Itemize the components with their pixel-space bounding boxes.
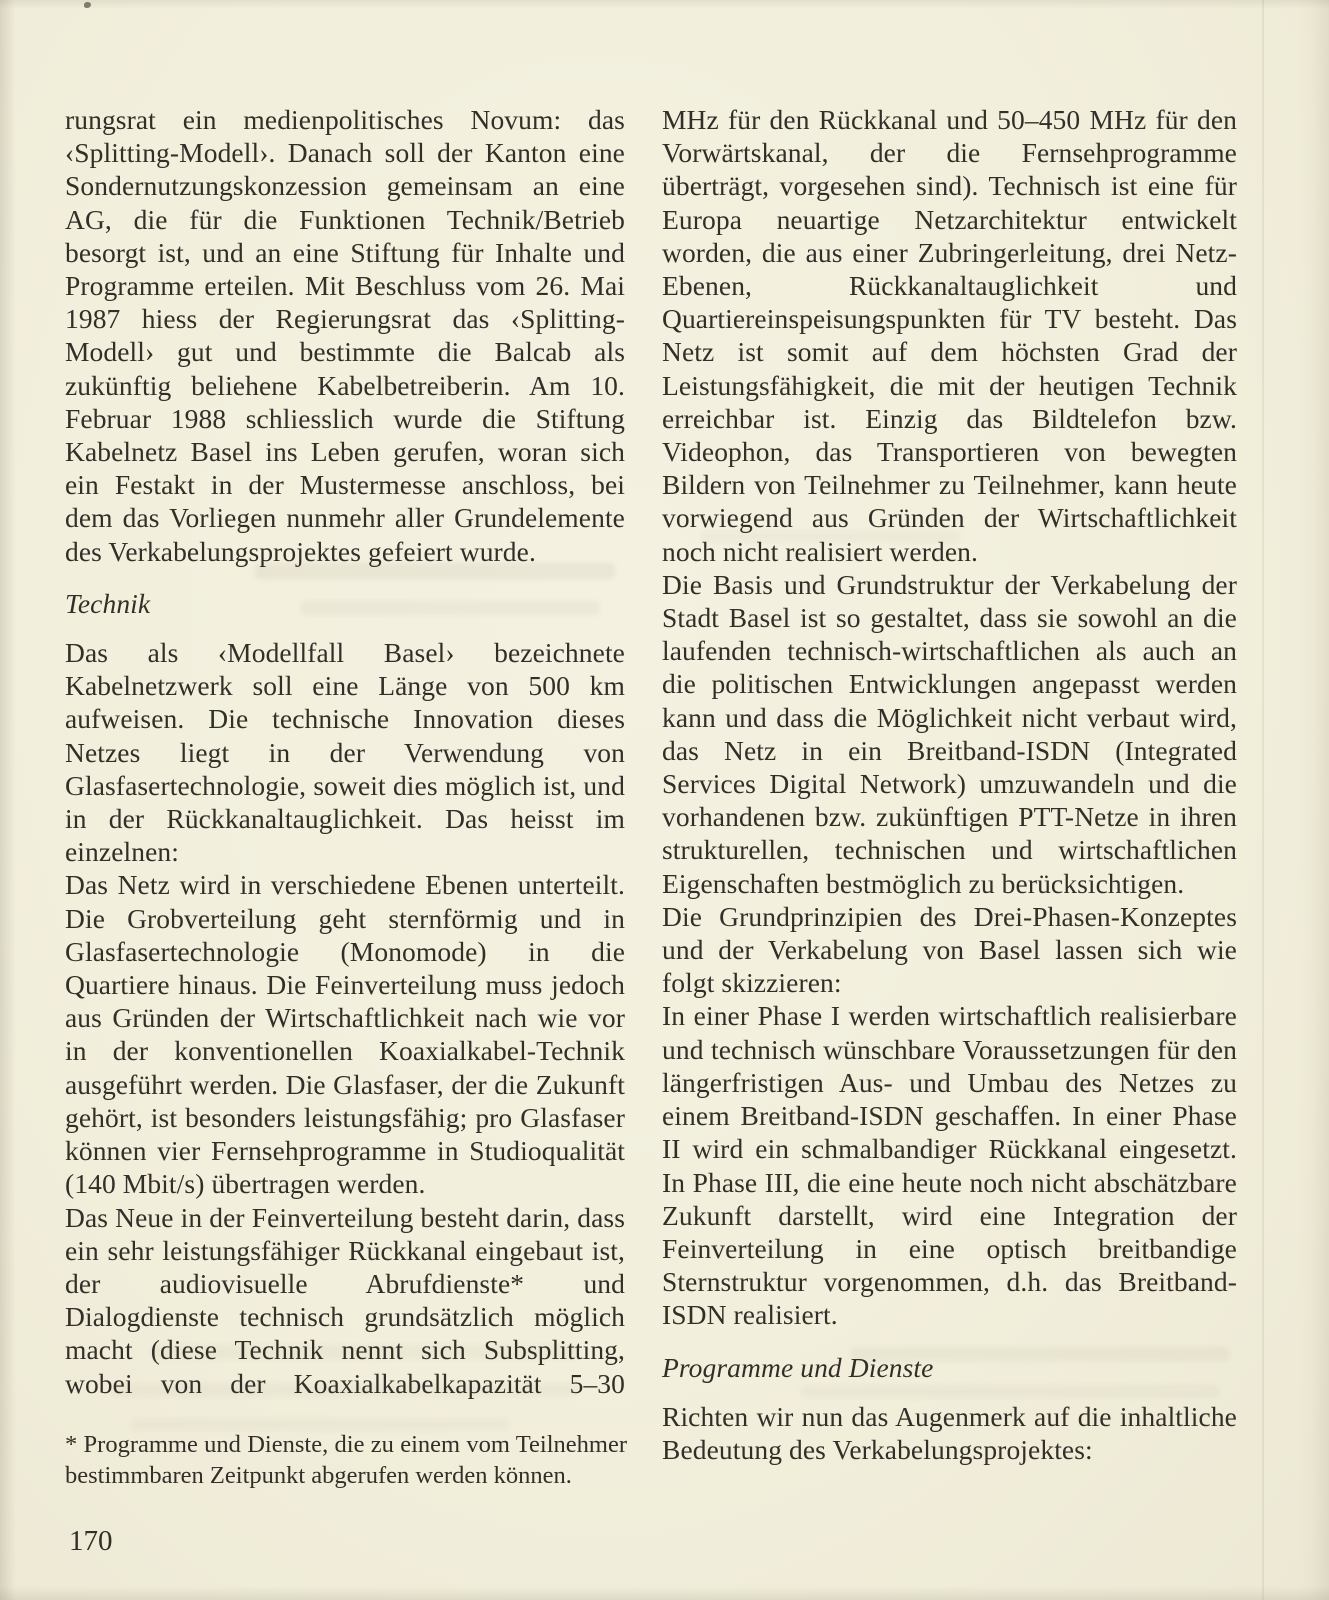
paragraph: Richten wir nun das Augenmerk auf die in… [662, 1400, 1237, 1466]
paragraph: Das als ‹Modellfall Basel› bezeichnete K… [65, 636, 625, 868]
section-heading-programme-und-dienste: Programme und Dienste [662, 1351, 1237, 1384]
left-edge-shadow [0, 0, 16, 1600]
top-edge-shadow [0, 0, 1329, 9]
scan-speck [84, 2, 91, 8]
paragraph: MHz für den Rückkanal und 50–450 MHz für… [662, 103, 1237, 568]
page-edge-seam [1262, 0, 1264, 1600]
paragraph: In einer Phase I werden wirtschaftlich r… [662, 999, 1237, 1331]
bottom-edge-shadow [0, 1586, 1329, 1600]
page-number: 170 [69, 1524, 113, 1558]
paragraph: Die Grundprinzipien des Drei-Phasen-Konz… [662, 900, 1237, 1000]
paragraph: rungsrat ein medienpolitisches Novum: da… [65, 103, 625, 568]
right-column: MHz für den Rückkanal und 50–450 MHz für… [662, 103, 1237, 1466]
book-page: rungsrat ein medienpolitisches Novum: da… [0, 0, 1329, 1600]
section-heading-technik: Technik [65, 587, 625, 620]
footnote: * Programme und Dienste, die zu einem vo… [65, 1430, 627, 1491]
paragraph: Das Netz wird in verschiedene Ebenen unt… [65, 868, 625, 1200]
paragraph: Das Neue in der Feinverteilung besteht d… [65, 1201, 625, 1400]
left-column: rungsrat ein medienpolitisches Novum: da… [65, 103, 625, 1400]
right-edge-shadow [1299, 0, 1329, 1600]
paragraph: Die Basis und Grundstruktur der Verkabel… [662, 568, 1237, 900]
